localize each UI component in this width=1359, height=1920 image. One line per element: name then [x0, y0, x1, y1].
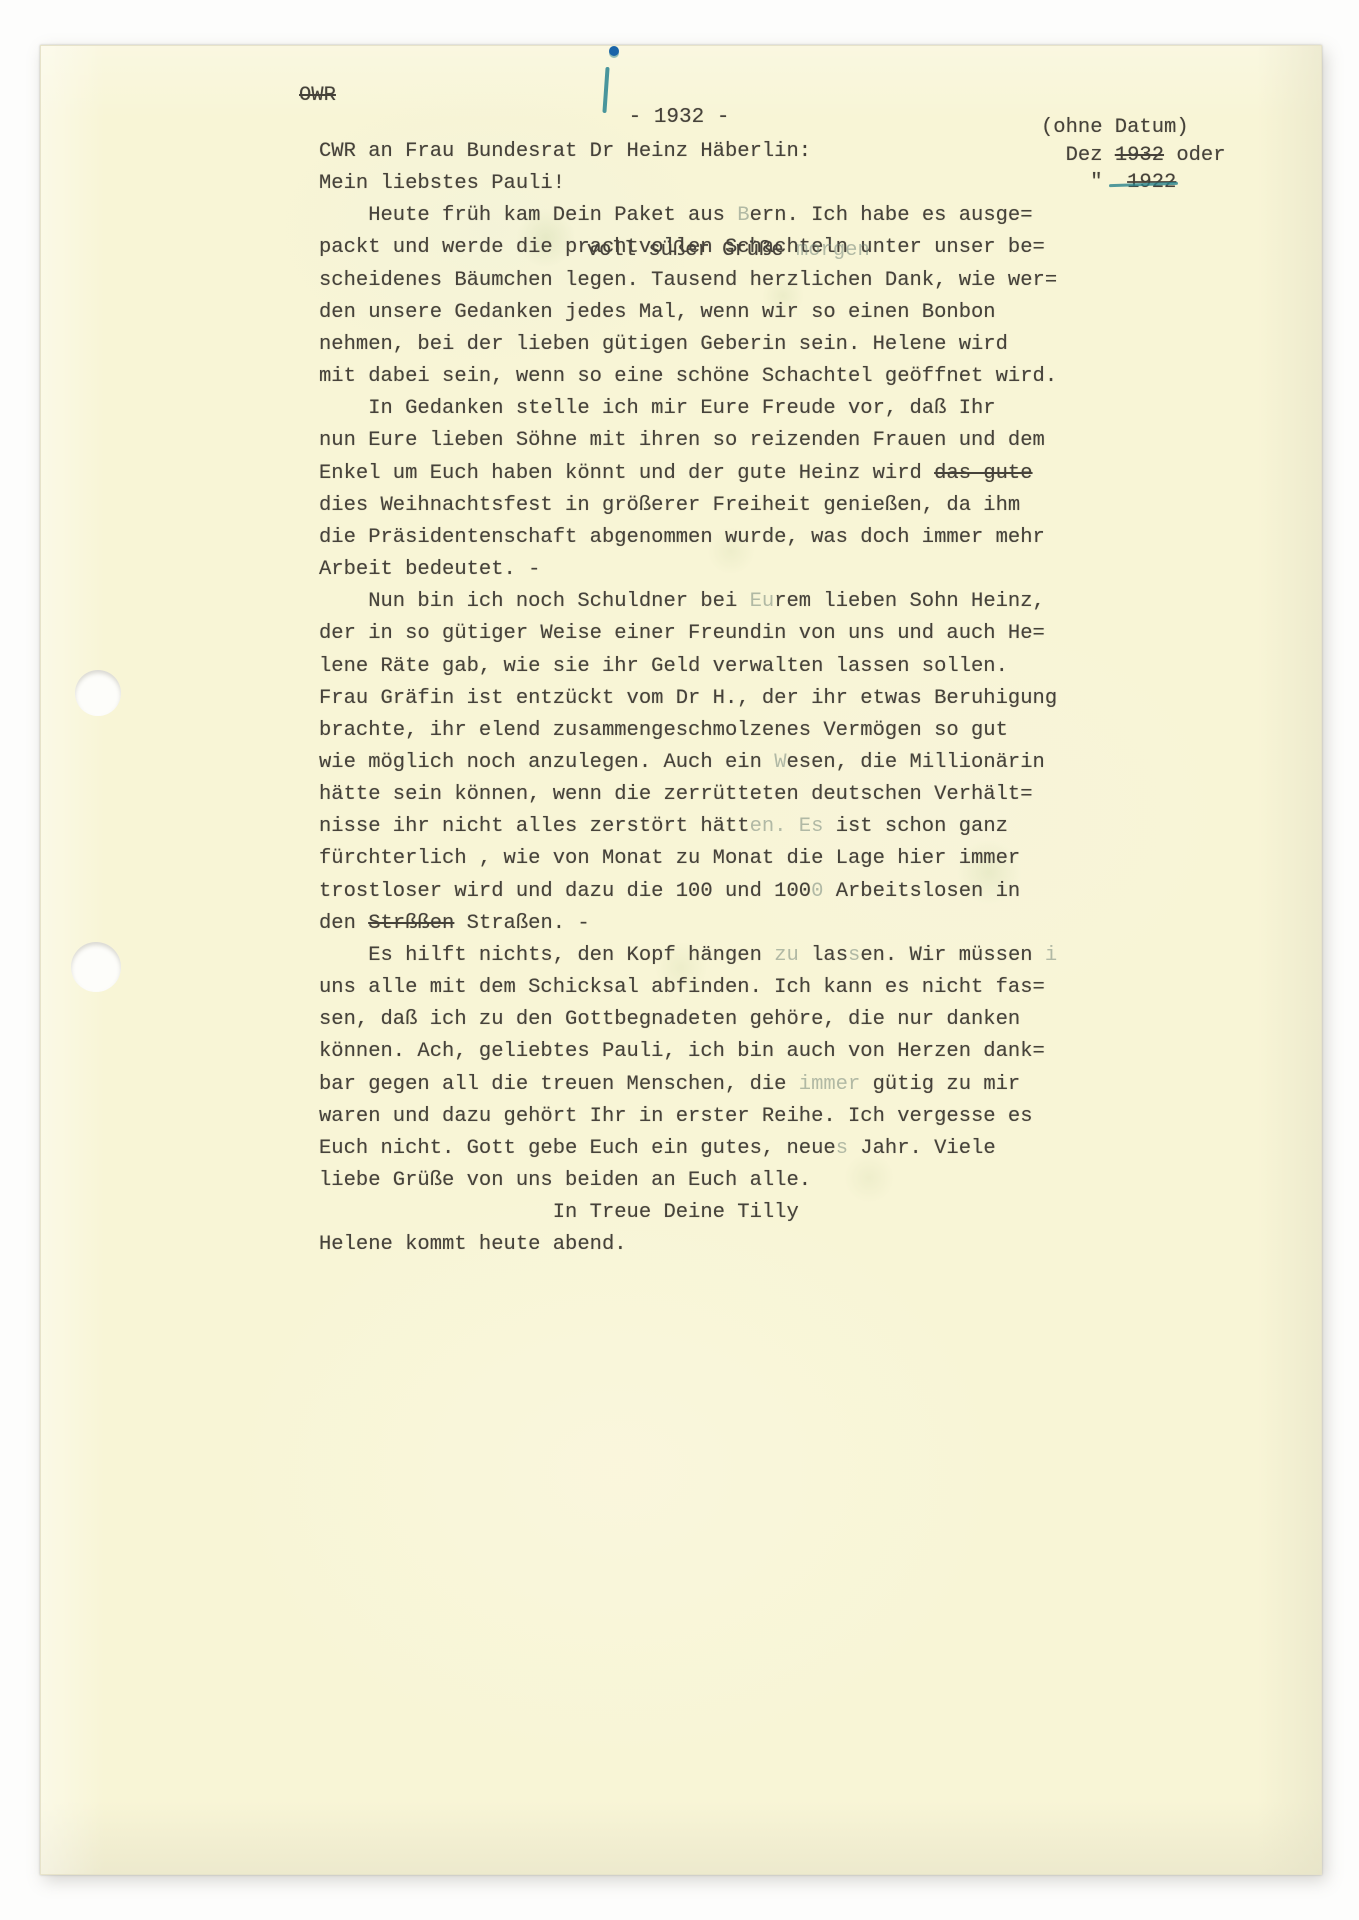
letter-line: Helene kommt heute abend. [319, 1229, 1057, 1261]
interline-insertion: voll süßer Grüße morgen [513, 218, 870, 284]
letter-line: CWR an Frau Bundesrat Dr Heinz Häberlin: [319, 136, 1057, 168]
letter-line: lene Räte gab, wie sie ihr Geld verwalte… [319, 651, 1057, 683]
text-segment: rem lieben Sohn Heinz, [774, 590, 1045, 613]
faint-text: Eu [750, 590, 775, 613]
letter-line: brachte, ihr elend zusammengeschmolzenes… [319, 715, 1057, 747]
text-segment: gütig zu mir [860, 1073, 1020, 1096]
letter-line: dies Weihnachtsfest in größerer Freiheit… [319, 490, 1057, 522]
text-segment: Straßen. - [454, 912, 589, 935]
letter-line: In Treue Deine Tilly [319, 1197, 1057, 1229]
letter-line: nisse ihr nicht alles zerstört hätten. E… [319, 811, 1057, 843]
punch-hole-bottom [71, 942, 121, 992]
letter-line: Frau Gräfin ist entzückt vom Dr H., der … [319, 683, 1057, 715]
text-segment: nun Eure lieben Söhne mit ihren so reize… [319, 429, 1045, 452]
letter-line: die Präsidentenschaft abgenommen wurde, … [319, 522, 1057, 554]
insertion-text: voll süßer Grüße [587, 239, 796, 262]
text-segment: nisse ihr nicht alles zerstört hätt [319, 815, 750, 838]
text-segment: Frau Gräfin ist entzückt vom Dr H., der … [319, 687, 1057, 710]
letter-line: Arbeit bedeutet. - [319, 554, 1057, 586]
page-number-marked-digit: 3 [679, 106, 692, 129]
letter-line: wie möglich noch anzulegen. Auch ein Wes… [319, 747, 1057, 779]
letter-line: sen, daß ich zu den Gottbegnadeten gehör… [319, 1004, 1057, 1036]
faint-text: zu [774, 944, 799, 967]
insertion-faint-text: morgen [796, 239, 870, 262]
date-note-line-3: " 1922 [1041, 169, 1226, 197]
date-note-line-2: Dez 1932 oder [1041, 142, 1226, 170]
date-note-text: oder [1164, 144, 1226, 167]
faint-text: i [1033, 944, 1058, 967]
text-segment: Nun bin ich noch Schuldner bei [319, 590, 750, 613]
date-note-text: (ohne Datum) [1041, 116, 1189, 139]
letter-line: können. Ach, geliebtes Pauli, ich bin au… [319, 1036, 1057, 1068]
faint-text: s [848, 944, 860, 967]
author-initials-struck: OWR [299, 84, 336, 108]
letter-line: Euch nicht. Gott gebe Euch ein gutes, ne… [319, 1133, 1057, 1165]
text-segment: dies Weihnachtsfest in größerer Freiheit… [319, 494, 1020, 517]
letter-line: waren und dazu gehört Ihr in erster Reih… [319, 1101, 1057, 1133]
text-segment: trostloser wird und dazu die 100 und 100 [319, 880, 811, 903]
text-segment: nehmen, bei der lieben gütigen Geberin s… [319, 333, 1008, 356]
faint-text: en. Es [750, 815, 824, 838]
letter-line: nehmen, bei der lieben gütigen Geberin s… [319, 329, 1057, 361]
text-segment: den [319, 912, 368, 935]
teal-ink-mark [602, 67, 609, 113]
text-segment: bar gegen all die treuen Menschen, die [319, 1073, 799, 1096]
letter-line: Mein liebstes Pauli! [319, 168, 1057, 200]
letter-line: Nun bin ich noch Schuldner bei Eurem lie… [319, 586, 1057, 618]
page-number-text: - 19 [629, 106, 679, 129]
text-segment: Jahr. Viele [848, 1137, 996, 1160]
text-segment: können. Ach, geliebtes Pauli, ich bin au… [319, 1040, 1045, 1063]
punch-hole-top [75, 670, 121, 716]
text-segment: Helene kommt heute abend. [319, 1233, 627, 1256]
letter-line: Enkel um Euch haben könnt und der gute H… [319, 458, 1057, 490]
text-segment: brachte, ihr elend zusammengeschmolzenes… [319, 719, 1008, 742]
struck-text: Strßßen [368, 912, 454, 935]
text-segment: Mein liebstes Pauli! [319, 172, 565, 195]
scan-background: OWR - 1932 - (ohne Datum) Dez 1932 oder … [0, 0, 1359, 1920]
blue-ink-dot [609, 46, 619, 56]
text-segment: Arbeit bedeutet. - [319, 558, 540, 581]
struck-year-1922: 1922 [1127, 171, 1176, 194]
document-page: OWR - 1932 - (ohne Datum) Dez 1932 oder … [40, 45, 1322, 1875]
text-segment: Es hilft nichts, den Kopf hängen [319, 944, 774, 967]
text-segment: sen, daß ich zu den Gottbegnadeten gehör… [319, 1008, 1020, 1031]
text-segment: lene Räte gab, wie sie ihr Geld verwalte… [319, 655, 1008, 678]
struck-text: das gute [934, 462, 1032, 485]
letter-line: liebe Grüße von uns beiden an Euch alle. [319, 1165, 1057, 1197]
letter-line: hätte sein können, wenn die zerrütteten … [319, 779, 1057, 811]
letter-line: der in so gütiger Weise einer Freundin v… [319, 618, 1057, 650]
letter-line: bar gegen all die treuen Menschen, die i… [319, 1069, 1057, 1101]
text-segment: Enkel um Euch haben könnt und der gute H… [319, 462, 934, 485]
letter-line: uns alle mit dem Schicksal abfinden. Ich… [319, 972, 1057, 1004]
letter-line: den unsere Gedanken jedes Mal, wenn wir … [319, 297, 1057, 329]
letter-body: CWR an Frau Bundesrat Dr Heinz Häberlin:… [319, 136, 1057, 1261]
text-segment: den unsere Gedanken jedes Mal, wenn wir … [319, 301, 996, 324]
text-segment: fürchterlich , wie von Monat zu Monat di… [319, 847, 1020, 870]
text-segment: esen, die Millionärin [787, 751, 1045, 774]
date-note-line-1: (ohne Datum) [1041, 114, 1226, 142]
text-segment: Arbeitslosen in [823, 880, 1020, 903]
text-segment: ist schon ganz [823, 815, 1008, 838]
page-number-text: 2 - [692, 106, 730, 129]
letter-line: trostloser wird und dazu die 100 und 100… [319, 876, 1057, 908]
text-segment: liebe Grüße von uns beiden an Euch alle. [319, 1169, 811, 1192]
text-segment: en. Wir müssen [860, 944, 1032, 967]
text-segment: In Treue Deine Tilly [319, 1201, 799, 1224]
letter-line: In Gedanken stelle ich mir Eure Freude v… [319, 393, 1057, 425]
text-segment: wie möglich noch anzulegen. Auch ein [319, 751, 774, 774]
text-segment: las [799, 944, 848, 967]
text-segment: CWR an Frau Bundesrat Dr Heinz Häberlin: [319, 140, 811, 163]
faint-text: immer [799, 1073, 861, 1096]
faint-text: s [836, 1137, 848, 1160]
faint-text: W [774, 751, 786, 774]
letter-line: mit dabei sein, wenn so eine schöne Scha… [319, 361, 1057, 393]
letter-line: Es hilft nichts, den Kopf hängen zu lass… [319, 940, 1057, 972]
faint-text: 0 [811, 880, 823, 903]
letter-line: fürchterlich , wie von Monat zu Monat di… [319, 843, 1057, 875]
text-segment: die Präsidentenschaft abgenommen wurde, … [319, 526, 1045, 549]
text-segment: der in so gütiger Weise einer Freundin v… [319, 622, 1045, 645]
text-segment: waren und dazu gehört Ihr in erster Reih… [319, 1105, 1033, 1128]
letter-line: nun Eure lieben Söhne mit ihren so reize… [319, 425, 1057, 457]
text-segment: Euch nicht. Gott gebe Euch ein gutes, ne… [319, 1137, 836, 1160]
text-segment: In Gedanken stelle ich mir Eure Freude v… [319, 397, 996, 420]
text-segment: uns alle mit dem Schicksal abfinden. Ich… [319, 976, 1045, 999]
letter-line: den Strßßen Straßen. - [319, 908, 1057, 940]
text-segment: hätte sein können, wenn die zerrütteten … [319, 783, 1033, 806]
date-note: (ohne Datum) Dez 1932 oder " 1922 [1041, 114, 1226, 197]
struck-year-1932: 1932 [1115, 144, 1164, 167]
text-segment: mit dabei sein, wenn so eine schöne Scha… [319, 365, 1057, 388]
